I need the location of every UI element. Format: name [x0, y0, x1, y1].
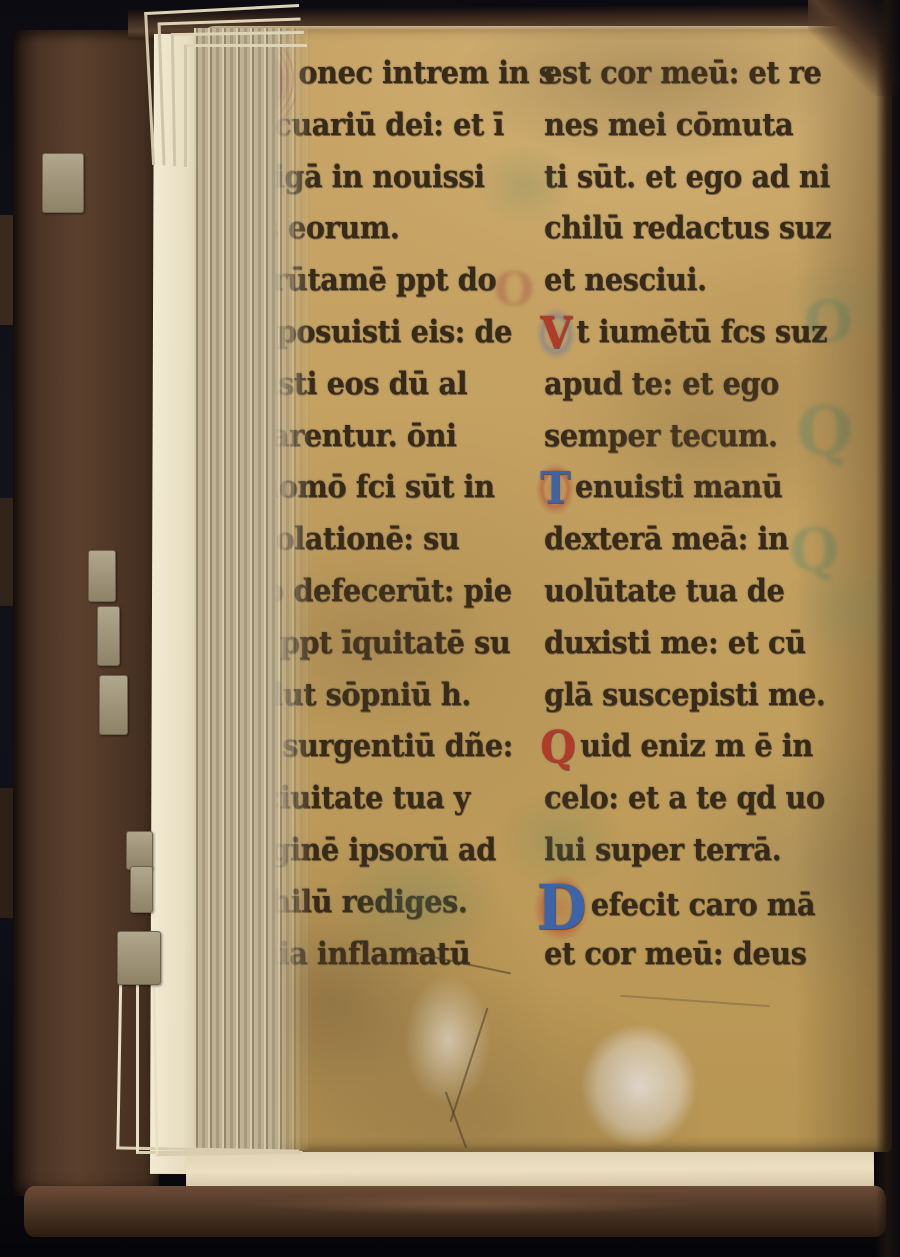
book-gutter-shadow [876, 0, 900, 1257]
manuscript-line: et nesciui. [544, 255, 865, 307]
manuscript-line: Vt iumētū fcs suz [544, 307, 865, 359]
manuscript-line: nes mei cōmuta [544, 100, 865, 152]
manuscript-text: chilū redactus suz [544, 210, 831, 246]
manuscript-line: lui super terrā. [544, 825, 865, 877]
fore-edge-tab [99, 675, 128, 735]
fore-edge-tab [117, 931, 161, 985]
manuscript-line: uolūtate tua de [544, 566, 865, 618]
manuscript-text: apud te: et ego [544, 366, 779, 402]
manuscript-line: ti sūt. et ego ad ni [544, 152, 865, 204]
fore-edge-tab [126, 831, 153, 870]
text-column-right: est cor meū: et renes mei cōmutati sūt. … [544, 48, 865, 980]
manuscript-text: glā suscepisti me. [544, 677, 825, 713]
fore-edge-tab [97, 606, 120, 666]
manuscript-text: efecit caro mā [591, 887, 815, 923]
illuminated-initial: D [537, 877, 587, 939]
fore-edge-tab [130, 866, 153, 913]
manuscript-text: nes mei cōmuta [544, 107, 793, 143]
fore-edge-tab [88, 550, 116, 602]
page-corner [184, 44, 307, 167]
manuscript-line: glā suscepisti me. [544, 670, 865, 722]
manuscript-line: semper tecum. [544, 411, 865, 463]
manuscript-text: et nesciui. [544, 262, 707, 298]
manuscript-text: t iumētū fcs suz [576, 314, 827, 350]
background-strap [0, 498, 14, 606]
fore-edge-tab [42, 153, 84, 213]
manuscript-text: onec intrem in s [298, 55, 554, 91]
manuscript-text: duxisti me: et cū [544, 625, 806, 661]
manuscript-photo: OQQO Donec intrem in scuariū dei: et īte… [0, 0, 900, 1257]
manuscript-line: celo: et a te qd uo [544, 773, 865, 825]
manuscript-line: chilū redactus suz [544, 203, 865, 255]
illuminated-initial: V [540, 312, 571, 356]
manuscript-line: dexterā meā: in [544, 514, 865, 566]
manuscript-text: ti sūt. et ego ad ni [544, 159, 830, 195]
manuscript-line: apud te: et ego [544, 359, 865, 411]
manuscript-text: dexterā meā: in [544, 521, 788, 557]
manuscript-text: uid eniz m ē in [580, 728, 813, 764]
manuscript-text: est cor meū: et re [544, 55, 821, 91]
manuscript-text: semper tecum. [544, 418, 777, 454]
manuscript-text: celo: et a te qd uo [544, 780, 825, 816]
manuscript-line: duxisti me: et cū [544, 618, 865, 670]
illuminated-initial: Q [540, 726, 575, 770]
manuscript-text: enuisti manū [575, 469, 782, 505]
book-cover-bottom-edge [24, 1186, 886, 1237]
page-corner [152, 977, 302, 1157]
manuscript-line: Quid eniz m ē in [544, 721, 865, 773]
manuscript-text: uolūtate tua de [544, 573, 784, 609]
manuscript-text: lui super terrā. [544, 832, 781, 868]
manuscript-line: Defecit caro mā [544, 877, 865, 929]
manuscript-line: et cor meū: deus [544, 929, 865, 981]
manuscript-line: Tenuisti manū [544, 462, 865, 514]
illuminated-initial: T [540, 467, 570, 511]
background-strap [0, 788, 14, 918]
